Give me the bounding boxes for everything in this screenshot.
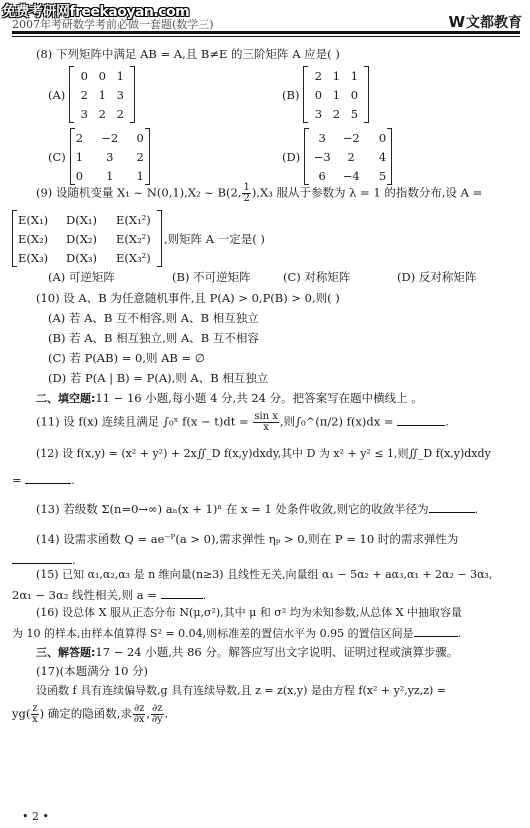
logo-text: 文都教育 — [466, 12, 522, 32]
option-label: (D) — [282, 150, 300, 164]
partial-derivative: ∂z∂x — [133, 704, 145, 725]
q12-line1: (12) 设 f(x,y) = (x² + y²) + 2x∬_D f(x,y)… — [36, 447, 491, 461]
answer-blank[interactable] — [414, 626, 458, 637]
q8-stem: (8) 下列矩阵中满足 AB = A,且 B≠E 的三阶矩阵 A 应是( ) — [36, 47, 340, 61]
option-label: (C) — [48, 150, 66, 164]
q10-option-a: (A) 若 A、B 互不相容,则 A、B 相互独立 — [48, 311, 259, 325]
matrix: E(X₁)D(X₁)E(X₁²) E(X₂)D(X₂)E(X₂²) E(X₃)D… — [12, 210, 162, 267]
publisher-logo: W 文都教育 — [448, 12, 522, 32]
q13: (13) 若级数 Σ(n=0→∞) aₙ(x + 1)ⁿ 在 x = 1 处条件… — [36, 502, 478, 516]
q8-option-b: (B) 211 010 325 — [282, 66, 369, 123]
q8-option-c: (C) 2−20 132 011 — [48, 128, 150, 185]
q8-option-d: (D) 3−20 −324 6−45 — [282, 128, 392, 185]
q16-line2: 为 10 的样本,由样本值算得 S² = 0.04,则标准差的置信水平为 0.9… — [12, 626, 461, 641]
section-title: 三、解答题: — [36, 646, 95, 659]
q9-option-b: (B) 不可逆矩阵 — [172, 270, 251, 284]
section-desc: 11 − 16 小题,每小题 4 分,共 24 分。把答案写在题中横线上 。 — [95, 391, 422, 405]
q9-option-d: (D) 反对称矩阵 — [397, 270, 476, 284]
matrix: 2−20 132 011 — [70, 128, 150, 185]
header-rule-thin — [12, 36, 520, 37]
q14-line2: . — [12, 553, 76, 567]
q12-line2: = . — [12, 473, 75, 487]
q17-header: (17)(本题满分 10 分) — [36, 664, 148, 678]
q9-option-c: (C) 对称矩阵 — [283, 270, 350, 284]
fraction: zx — [31, 704, 38, 725]
q9-option-a: (A) 可逆矩阵 — [48, 270, 115, 284]
q10-option-d: (D) 若 P(A | B) = P(A),则 A、B 相互独立 — [48, 371, 268, 385]
matrix: 3−20 −324 6−45 — [304, 128, 392, 185]
fraction: 12 — [242, 183, 250, 204]
option-label: (A) — [48, 88, 65, 102]
section-desc: 17 − 24 小题,共 86 分。解答应写出文字说明、证明过程或演算步骤。 — [95, 645, 458, 659]
page-number: • 2 • — [22, 810, 49, 823]
partial-derivative: ∂z∂y — [151, 704, 163, 725]
section-title: 二、填空题: — [36, 392, 95, 405]
option-label: (B) — [282, 88, 299, 102]
q14-line1: (14) 设需求函数 Q = ae⁻ᴾ(a > 0),需求弹性 ηₚ > 0,则… — [36, 532, 458, 546]
q9-matrix-a: E(X₁)D(X₁)E(X₁²) E(X₂)D(X₂)E(X₂²) E(X₃)D… — [12, 210, 265, 267]
q9-stem: (9) 设随机变量 X₁ ~ N(0,1),X₂ ~ B(2,12),X₃ 服从… — [36, 183, 482, 204]
answer-blank[interactable] — [429, 502, 475, 513]
q10-option-c: (C) 若 P(AB) = 0,则 AB = ∅ — [48, 351, 205, 365]
section-fill-in-header: 二、填空题:11 − 16 小题,每小题 4 分,共 24 分。把答案写在题中横… — [36, 391, 423, 406]
logo-w-icon: W — [448, 13, 462, 31]
header-rule-thick — [12, 31, 520, 34]
q15-line2: 2α₁ − 3α₂ 线性相关,则 a = . — [12, 588, 206, 602]
answer-blank[interactable] — [397, 415, 445, 426]
q11: (11) 设 f(x) 连续且满足 ∫₀ˣ f(x − t)dt = sin x… — [36, 412, 449, 433]
q10-stem: (10) 设 A、B 为任意随机事件,且 P(A) > 0,P(B) > 0,则… — [36, 291, 340, 305]
q10-option-b: (B) 若 A、B 相互独立,则 A、B 互不相容 — [48, 331, 259, 345]
q8-option-a: (A) 001 213 322 — [48, 66, 135, 123]
watermark: 免费考研网freekaoyan.com — [2, 1, 189, 21]
q17-line1: 设函数 f 具有连续偏导数,g 具有连续导数,且 z = z(x,y) 是由方程… — [36, 684, 446, 698]
fraction: sin xx — [253, 412, 279, 433]
q17-line2: yg(zx) 确定的隐函数,求∂z∂x,∂z∂y. — [12, 704, 168, 725]
q15-line1: (15) 已知 α₁,α₂,α₃ 是 n 维向量(n≥3) 且线性无关,向量组 … — [36, 568, 492, 582]
matrix: 211 010 325 — [303, 66, 369, 123]
q9-matrix-suffix: ,则矩阵 A 一定是( ) — [164, 231, 265, 247]
answer-blank[interactable] — [12, 553, 72, 564]
matrix: 001 213 322 — [69, 66, 135, 123]
answer-blank[interactable] — [161, 588, 203, 599]
q16-line1: (16) 设总体 X 服从正态分布 N(μ,σ²),其中 μ 和 σ² 均为未知… — [36, 606, 462, 620]
answer-blank[interactable] — [25, 473, 71, 484]
section-solution-header: 三、解答题:17 − 24 小题,共 86 分。解答应写出文字说明、证明过程或演… — [36, 645, 458, 660]
